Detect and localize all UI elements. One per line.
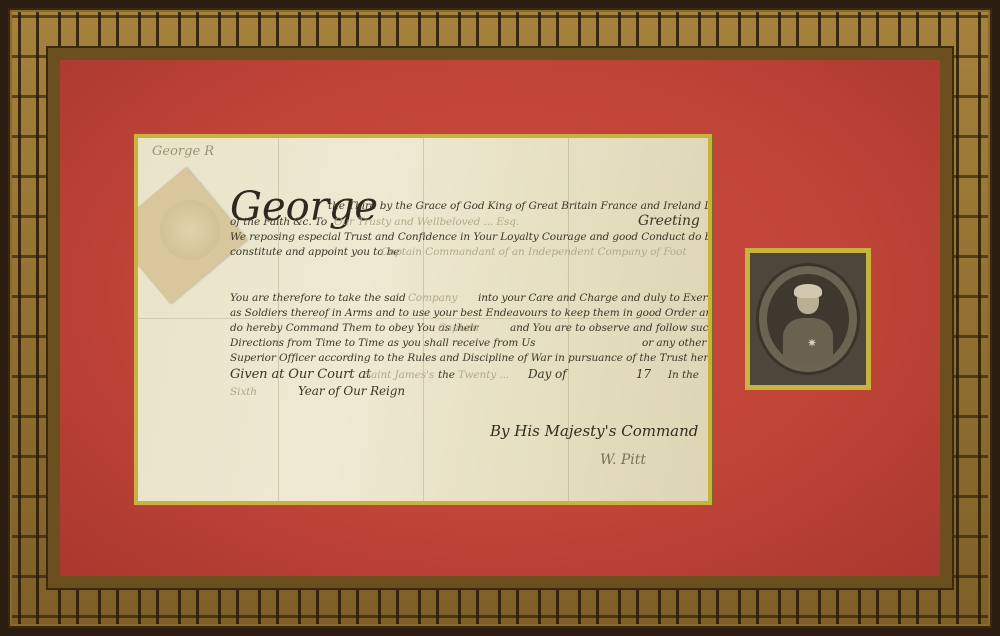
- filled-rank-short: Captain: [438, 322, 479, 334]
- text-line: the: [438, 369, 455, 381]
- filled-rank: Captain Commandant of an Independent Com…: [381, 246, 687, 258]
- filled-regnal-year: Sixth: [230, 386, 257, 398]
- text-line: of the Faith &c. To: [230, 216, 327, 228]
- text-line: the Third by the Grace of God King of Gr…: [328, 200, 708, 212]
- text-line: as Soldiers thereof in Arms and to use y…: [230, 307, 708, 319]
- filled-day: Twenty ...: [458, 369, 509, 381]
- text-line: Given at Our Court at: [230, 367, 371, 382]
- text-line: You are therefore to take the said: [230, 292, 406, 304]
- text-line: Year of Our Reign: [298, 384, 405, 398]
- closing-phrase: By His Majesty's Command: [490, 422, 698, 440]
- countersignature: W. Pitt: [600, 452, 646, 468]
- wax-seal-icon: [160, 200, 220, 260]
- picture-frame: George R George the Third by the Grace o…: [0, 0, 1000, 636]
- text-line: Day of: [528, 367, 566, 381]
- text-line: Directions from Time to Time as you shal…: [230, 337, 535, 349]
- text-line: 17: [636, 367, 651, 381]
- fold-line: [423, 138, 424, 501]
- text-line: Superior Officer according to the Rules …: [230, 352, 708, 364]
- fold-line: [568, 138, 569, 501]
- royal-sign-manual: George R: [152, 144, 214, 159]
- text-line: and You are to observe and follow such O…: [510, 322, 708, 334]
- text-line: In the: [668, 369, 699, 381]
- filled-recipient: Our Trusty and Wellbeloved ... Esq.: [334, 216, 519, 228]
- commission-document: George R George the Third by the Grace o…: [138, 138, 708, 501]
- powdered-wig: [794, 284, 822, 298]
- engraved-portrait: ✷: [750, 253, 866, 385]
- order-star-icon: ✷: [807, 336, 817, 350]
- text-line: into your Care and Charge and duly to Ex…: [478, 292, 708, 304]
- portrait-medallion: ✷: [756, 263, 860, 375]
- filled-court: Saint James's: [364, 369, 434, 381]
- text-line: constitute and appoint you to be: [230, 246, 399, 258]
- filled-unit: Company: [408, 292, 457, 304]
- text-line: Greeting: [638, 213, 700, 229]
- text-line: or any other your: [642, 337, 708, 349]
- text-line: We reposing especial Trust and Confidenc…: [230, 231, 708, 243]
